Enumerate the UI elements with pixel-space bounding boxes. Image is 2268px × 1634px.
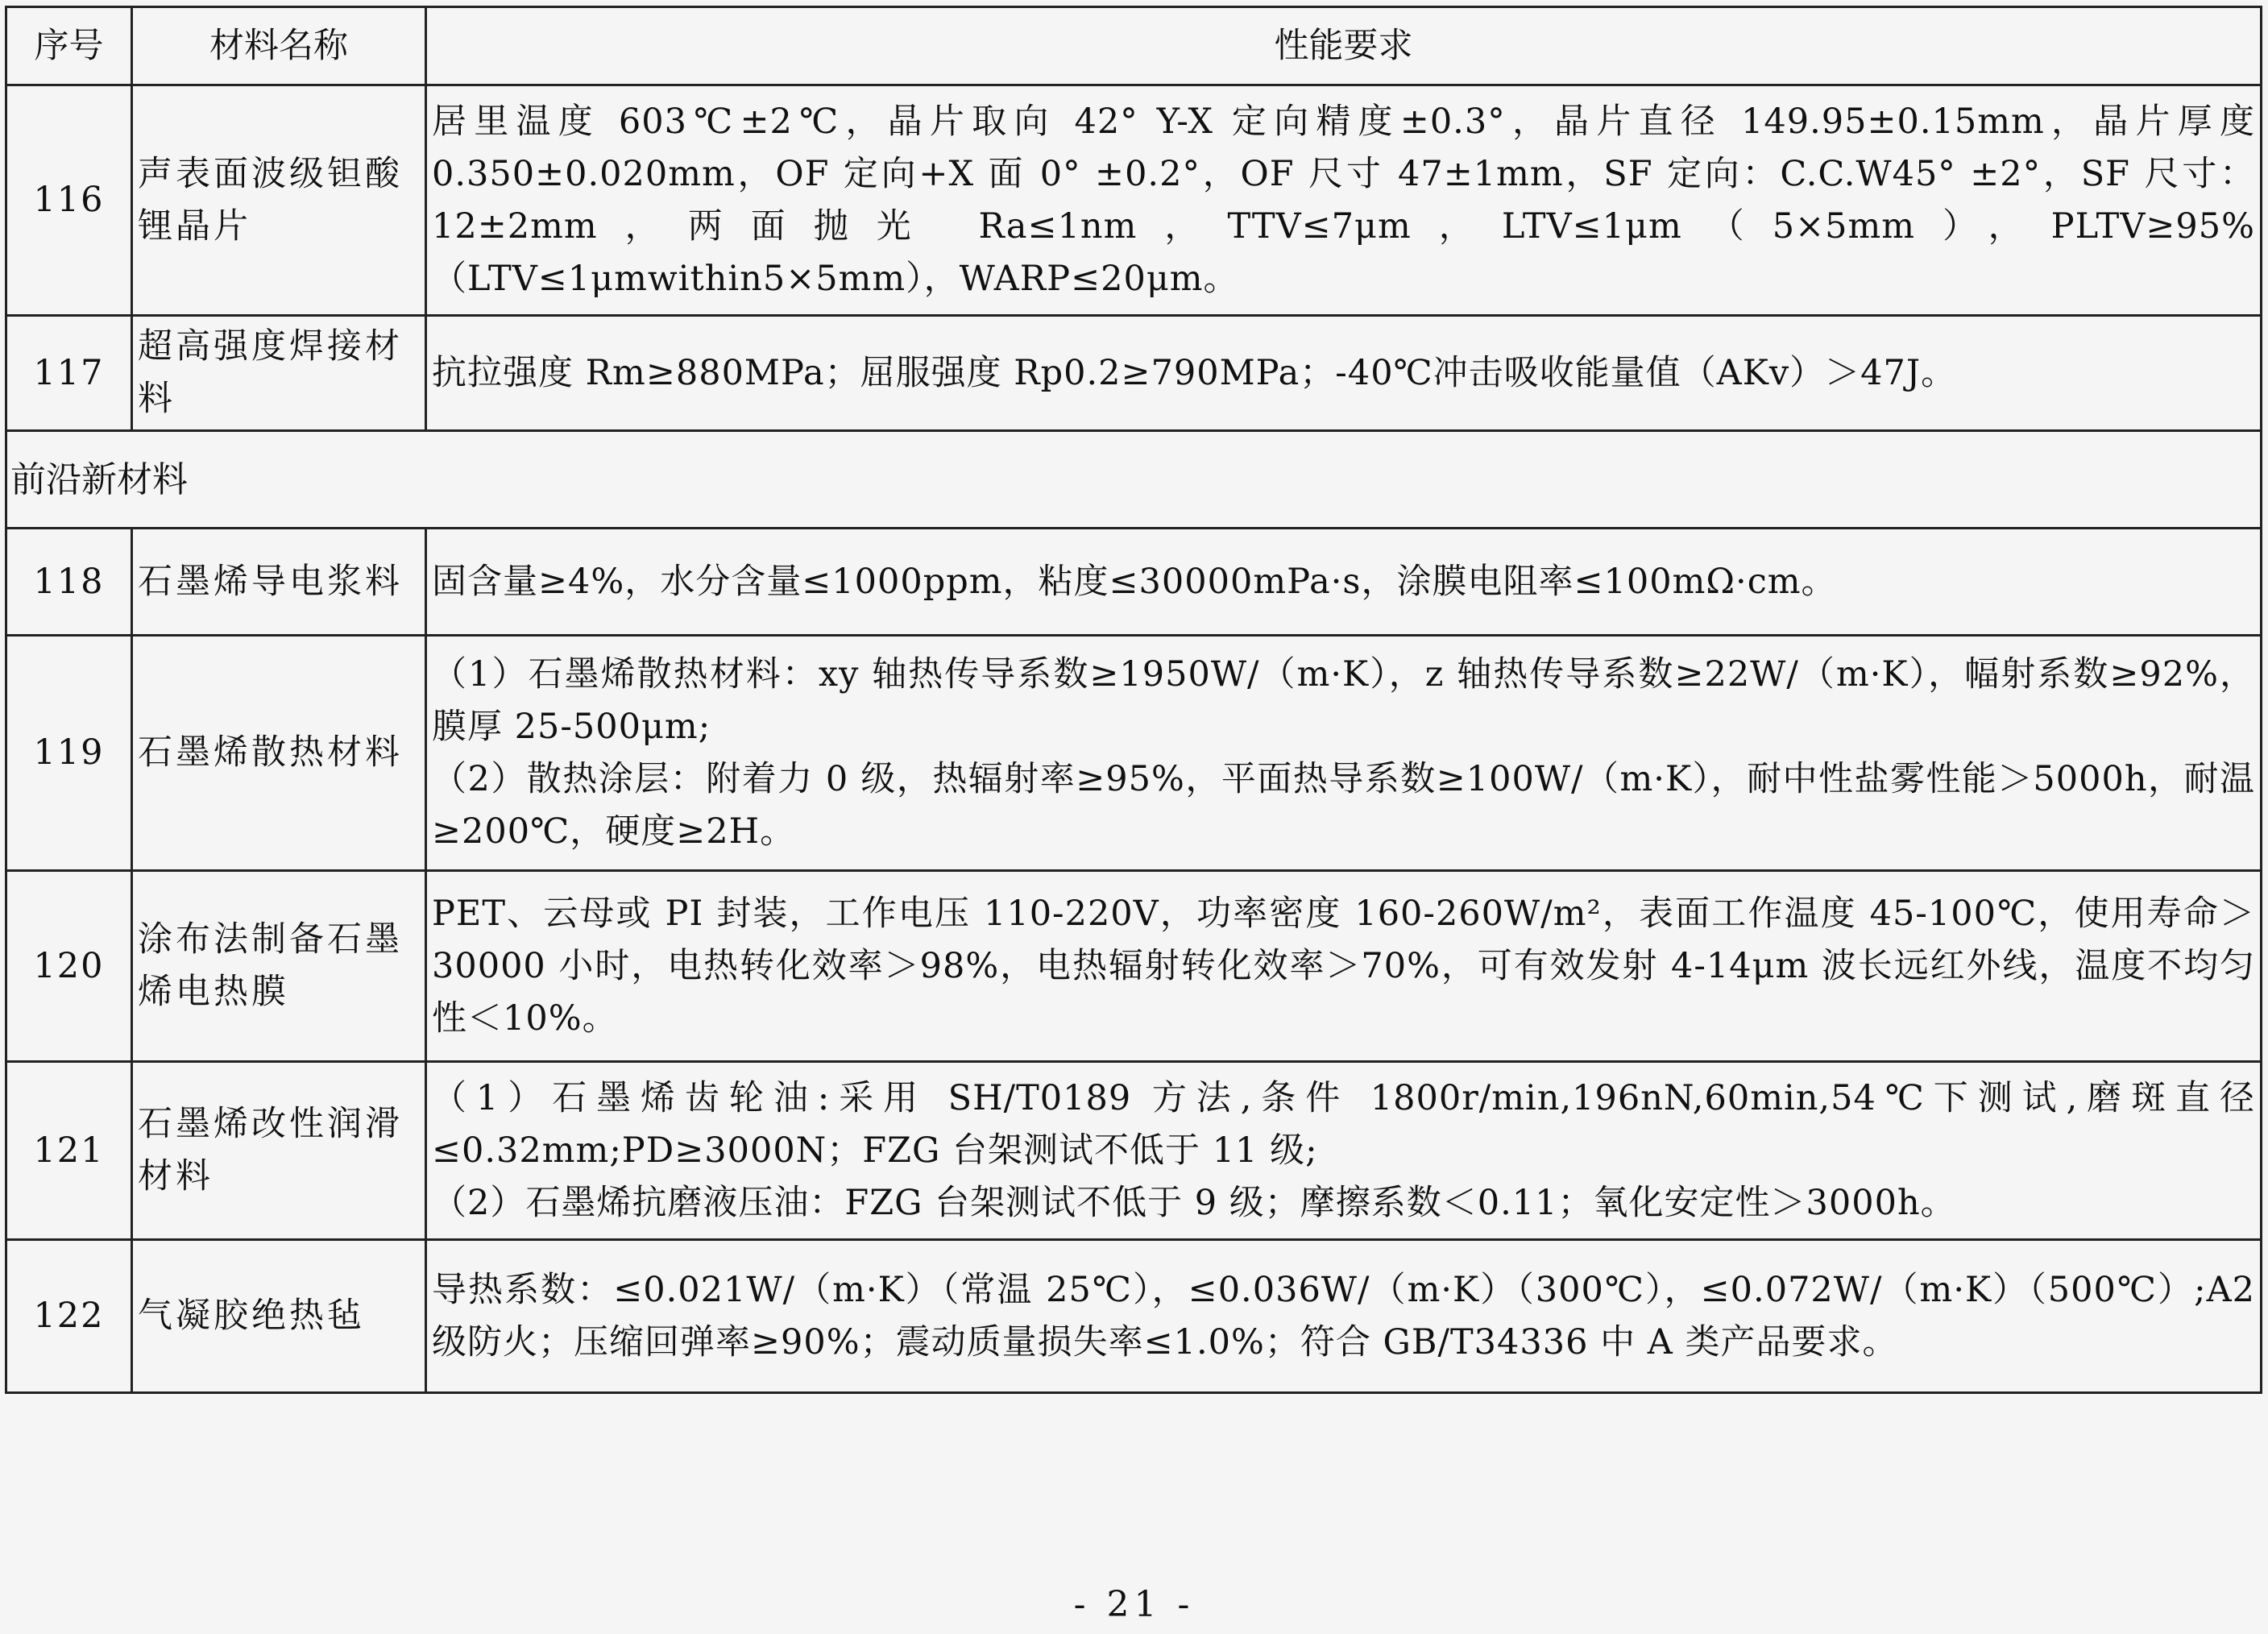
table-row: 121石墨烯改性润滑材料（1）石墨烯齿轮油:采用 SH/T0189 方法,条件 … [6,1062,2262,1240]
table-row: 119石墨烯散热材料（1）石墨烯散热材料：xy 轴热传导系数≥1950W/（m·… [6,636,2262,871]
page-number: - 21 - [0,1584,2268,1625]
table-header-row: 序号 材料名称 性能要求 [6,7,2262,85]
table-body: 116声表面波级钽酸锂晶片居里温度 603℃±2℃，晶片取向 42° Y-X 定… [6,85,2262,1393]
table-row: 117超高强度焊接材料抗拉强度 Rm≥880MPa；屈服强度 Rp0.2≥790… [6,316,2262,431]
requirement-paragraph: PET、云母或 PI 封装，工作电压 110-220V，功率密度 160-260… [432,888,2255,1045]
row-material-name: 石墨烯改性润滑材料 [132,1062,426,1240]
header-index: 序号 [6,7,132,85]
requirement-paragraph: 居里温度 603℃±2℃，晶片取向 42° Y-X 定向精度±0.3°，晶片直径… [432,96,2255,305]
section-label: 前沿新材料 [6,431,2262,529]
section-row: 前沿新材料 [6,431,2262,529]
row-material-name: 石墨烯导电浆料 [132,529,426,636]
row-index: 119 [6,636,132,871]
table-row: 120涂布法制备石墨烯电热膜PET、云母或 PI 封装，工作电压 110-220… [6,871,2262,1062]
requirement-paragraph: 固含量≥4%，水分含量≤1000ppm，粘度≤30000mPa·s，涂膜电阻率≤… [432,556,2255,608]
requirement-paragraph: （1）石墨烯散热材料：xy 轴热传导系数≥1950W/（m·K），z 轴热传导系… [432,649,2255,753]
table-row: 116声表面波级钽酸锂晶片居里温度 603℃±2℃，晶片取向 42° Y-X 定… [6,85,2262,316]
table-row: 118石墨烯导电浆料固含量≥4%，水分含量≤1000ppm，粘度≤30000mP… [6,529,2262,636]
row-material-name: 气凝胶绝热毡 [132,1240,426,1393]
row-material-name: 超高强度焊接材料 [132,316,426,431]
row-index: 116 [6,85,132,316]
row-index: 118 [6,529,132,636]
row-index: 120 [6,871,132,1062]
table-row: 122气凝胶绝热毡导热系数：≤0.021W/（m·K）（常温 25℃），≤0.0… [6,1240,2262,1393]
materials-spec-table: 序号 材料名称 性能要求 116声表面波级钽酸锂晶片居里温度 603℃±2℃，晶… [5,6,2262,1394]
row-requirements: PET、云母或 PI 封装，工作电压 110-220V，功率密度 160-260… [426,871,2262,1062]
requirement-paragraph: （2）石墨烯抗磨液压油：FZG 台架测试不低于 9 级；摩擦系数＜0.11；氧化… [432,1177,2255,1230]
row-requirements: （1）石墨烯散热材料：xy 轴热传导系数≥1950W/（m·K），z 轴热传导系… [426,636,2262,871]
requirement-paragraph: 抗拉强度 Rm≥880MPa；屈服强度 Rp0.2≥790MPa；-40℃冲击吸… [432,347,2255,400]
header-material-name: 材料名称 [132,7,426,85]
requirement-paragraph: （1）石墨烯齿轮油:采用 SH/T0189 方法,条件 1800r/min,19… [432,1072,2255,1177]
row-index: 121 [6,1062,132,1240]
row-index: 122 [6,1240,132,1393]
row-material-name: 声表面波级钽酸锂晶片 [132,85,426,316]
requirement-paragraph: （2）散热涂层：附着力 0 级，热辐射率≥95%，平面热导系数≥100W/（m·… [432,753,2255,858]
row-material-name: 石墨烯散热材料 [132,636,426,871]
row-material-name: 涂布法制备石墨烯电热膜 [132,871,426,1062]
row-requirements: 抗拉强度 Rm≥880MPa；屈服强度 Rp0.2≥790MPa；-40℃冲击吸… [426,316,2262,431]
requirement-paragraph: 导热系数：≤0.021W/（m·K）（常温 25℃），≤0.036W/（m·K）… [432,1264,2255,1369]
row-requirements: 居里温度 603℃±2℃，晶片取向 42° Y-X 定向精度±0.3°，晶片直径… [426,85,2262,316]
row-requirements: 导热系数：≤0.021W/（m·K）（常温 25℃），≤0.036W/（m·K）… [426,1240,2262,1393]
header-performance-requirements: 性能要求 [426,7,2262,85]
row-requirements: （1）石墨烯齿轮油:采用 SH/T0189 方法,条件 1800r/min,19… [426,1062,2262,1240]
row-index: 117 [6,316,132,431]
row-requirements: 固含量≥4%，水分含量≤1000ppm，粘度≤30000mPa·s，涂膜电阻率≤… [426,529,2262,636]
